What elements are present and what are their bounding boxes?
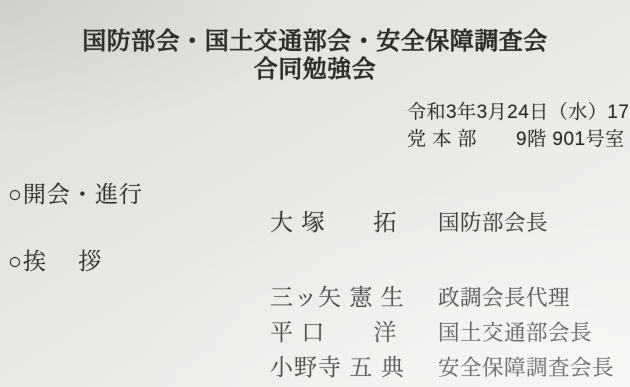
person-row-hiraguchi: 平 口 洋国土交通部会長 (270, 314, 592, 347)
agenda-item-greeting: ○挨 拶 (8, 243, 102, 276)
person-name: 小野寺 五 典 (270, 349, 438, 382)
person-name: 大 塚 拓 (270, 204, 438, 237)
document-title-line2: 合同勉強会 (0, 56, 630, 84)
person-role: 国土交通部会長 (438, 316, 592, 347)
person-row-mitsuya: 三ッ矢 憲 生政調会長代理 (270, 279, 570, 312)
document-title-line1: 国防部会・国土交通部会・安全保障調査会 (0, 28, 630, 56)
document-title: 国防部会・国土交通部会・安全保障調査会 合同勉強会 (0, 28, 630, 84)
meeting-datetime: 令和3年3月24日（水）17時 (407, 100, 630, 127)
meeting-venue: 党 本 部 9階 901号室 (407, 127, 630, 154)
document-page: 国防部会・国土交通部会・安全保障調査会 合同勉強会 令和3年3月24日（水）17… (0, 0, 630, 387)
person-role: 安全保障調査会長 (438, 351, 614, 382)
person-role: 国防部会長 (438, 206, 548, 237)
agenda-item-opening: ○開会・進行 (8, 176, 143, 209)
meeting-meta: 令和3年3月24日（水）17時 党 本 部 9階 901号室 (407, 100, 630, 153)
person-role: 政調会長代理 (438, 281, 570, 312)
person-name: 平 口 洋 (270, 314, 438, 347)
person-row-otsuka: 大 塚 拓国防部会長 (270, 204, 548, 237)
person-name: 三ッ矢 憲 生 (270, 279, 438, 312)
person-row-onodera: 小野寺 五 典安全保障調査会長 (270, 349, 614, 382)
